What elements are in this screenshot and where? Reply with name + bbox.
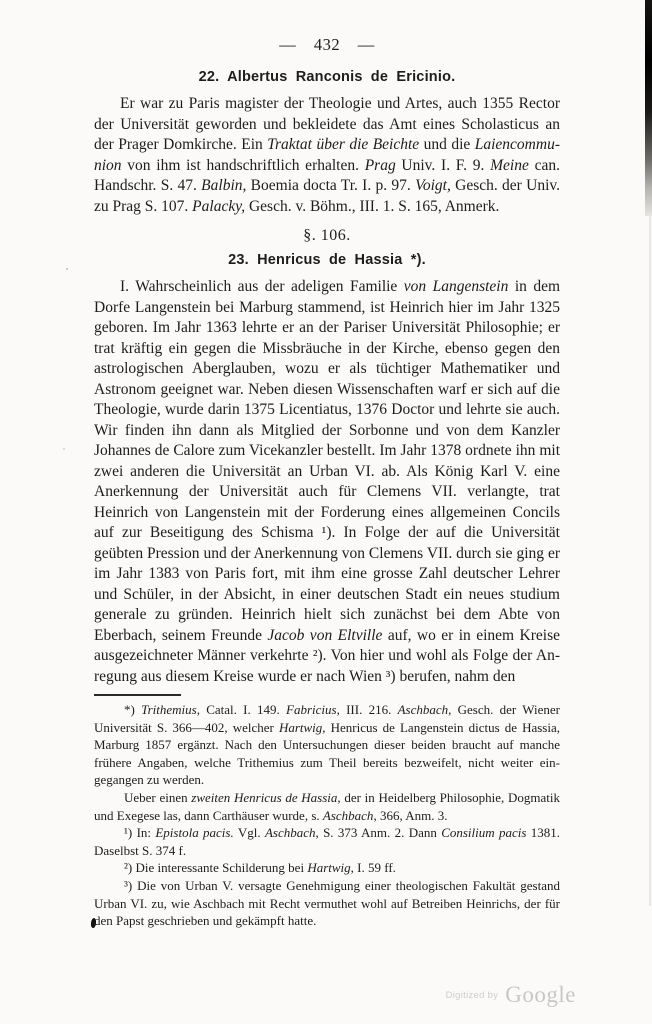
italic-text-run: Aschbach,	[398, 702, 452, 717]
italic-text-run: Balbin,	[201, 177, 246, 194]
text-run: von ihm ist handschriftlich erhalten.	[122, 157, 365, 174]
italic-text-run: Palacky,	[192, 198, 245, 215]
footnote: Ueber einen zweiten Henricus de Hassia, …	[94, 789, 560, 824]
text-run: Gesch. v. Böhm., III. 1. S. 165, Anmerk.	[245, 198, 499, 215]
text-run: in dem Dorfe Langenstein bei Marburg sta…	[94, 278, 560, 644]
section-23-paragraph: I. Wahrscheinlich aus der adeligen Famil…	[94, 277, 560, 687]
italic-text-run: von Langenstein	[404, 278, 509, 295]
italic-text-run: Jacob von Eltville	[267, 627, 382, 644]
text-run: III. 216.	[340, 702, 398, 717]
text-run: Catal. I. 149.	[200, 702, 286, 717]
italic-text-run: Meine	[490, 157, 529, 174]
text-run: Ueber einen	[124, 790, 191, 805]
watermark-prefix-text: Digitized by	[446, 990, 499, 1001]
text-run: Vgl.	[234, 825, 265, 840]
italic-text-run: Prag	[365, 157, 396, 174]
scanned-book-page: — 432 — 22. Albertus Ranconis de Ericini…	[0, 0, 652, 1024]
scan-speck	[63, 448, 65, 450]
page-number: — 432 —	[94, 34, 560, 55]
body-blocks: 22. Albertus Ranconis de Ericinio.Er war…	[94, 68, 560, 687]
text-run: und die	[419, 136, 475, 153]
footnote: *) Trithemius, Catal. I. 149. Fabricius,…	[94, 701, 560, 789]
scan-edge-line	[649, 214, 651, 906]
text-run: I. Wahrscheinlich aus der adeligen Famil…	[120, 278, 404, 295]
italic-text-run: Fabricius,	[286, 702, 340, 717]
footnote-separator-rule	[94, 694, 181, 696]
google-watermark: Digitized by Google	[446, 982, 576, 1008]
italic-text-run: Consilium pacis	[441, 825, 526, 840]
scan-speck	[66, 268, 68, 270]
text-run: , 366, Anm. 3.	[373, 808, 447, 823]
footnote: ¹) In: Epistola pacis. Vgl. Aschbach, S.…	[94, 824, 560, 859]
italic-text-run: Traktat über die Beichte	[267, 136, 419, 153]
italic-text-run: Epistola pacis.	[155, 825, 233, 840]
italic-text-run: zweiten Henricus de Hassia,	[191, 790, 340, 805]
text-run: , I. 59 ff.	[351, 860, 396, 875]
footnote: ³) Die von Urban V. versagte Genehmigung…	[94, 877, 560, 930]
italic-text-run: Voigt,	[415, 177, 451, 194]
text-run: Boemia docta Tr. I. p. 97.	[246, 177, 415, 194]
text-run: ³) Die von Urban V. versagte Genehmigung…	[94, 878, 560, 928]
section-22-paragraph: Er war zu Paris magister der Theologie u…	[94, 94, 560, 217]
italic-text-run: Aschbach	[323, 808, 374, 823]
footnote: ²) Die interessante Schilderung bei Hart…	[94, 859, 560, 877]
text-run: *)	[124, 702, 141, 717]
section-22-heading: 22. Albertus Ranconis de Ericinio.	[94, 68, 560, 87]
text-run: , S. 373 Anm. 2. Dann	[315, 825, 441, 840]
footnotes: *) Trithemius, Catal. I. 149. Fabricius,…	[94, 701, 560, 930]
google-logo-text: Google	[505, 982, 576, 1008]
italic-text-run: Hartwig	[307, 860, 350, 875]
text-run: ¹) In:	[124, 825, 155, 840]
paragraph-106-label: §. 106.	[94, 226, 560, 246]
text-column: — 432 — 22. Albertus Ranconis de Ericini…	[94, 34, 560, 930]
scan-edge-shadow	[645, 0, 652, 216]
text-run: ²) Die interessante Schilderung bei	[124, 860, 307, 875]
italic-text-run: Trithemius,	[141, 702, 200, 717]
text-run: Univ. I. F. 9.	[396, 157, 490, 174]
italic-text-run: Aschbach	[265, 825, 316, 840]
section-23-heading: 23. Henricus de Hassia *).	[94, 251, 560, 270]
italic-text-run: Hartwig,	[279, 720, 326, 735]
